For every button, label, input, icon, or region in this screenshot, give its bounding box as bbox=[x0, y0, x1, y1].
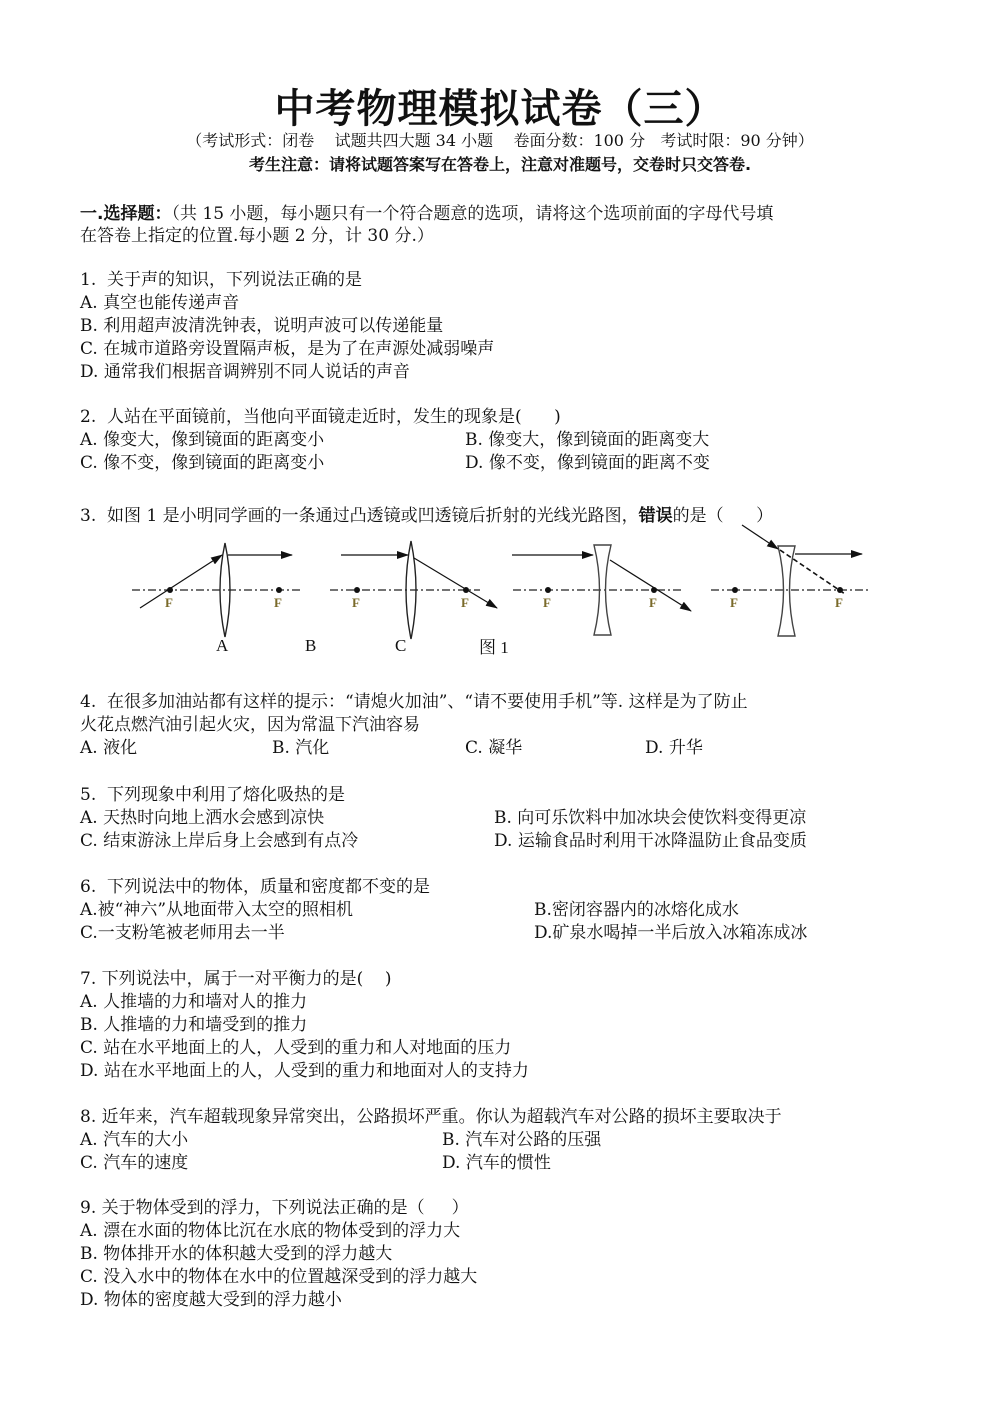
section-instructions-cont: 在答卷上指定的位置.每小题 2 分，计 30 分.） bbox=[80, 225, 434, 247]
option-c[interactable]: C. 在城市道路旁设置隔声板，是为了在声源处减弱噪声 bbox=[80, 338, 494, 360]
option-a[interactable]: A. 人推墙的力和墙对人的推力 bbox=[80, 991, 307, 1013]
option-b[interactable]: B. 向可乐饮料中加冰块会使饮料变得更凉 bbox=[494, 807, 806, 829]
question-stem: 9. 关于物体受到的浮力，下列说法正确的是（ ） bbox=[80, 1197, 469, 1219]
lens-diagram-figure: F F F F F F bbox=[0, 520, 1000, 665]
diagram-a-convex-lens: F F bbox=[132, 543, 300, 637]
option-d[interactable]: D. 通常我们根据音调辨别不同人说话的声音 bbox=[80, 361, 410, 383]
option-c[interactable]: C. 汽车的速度 bbox=[80, 1152, 188, 1174]
option-c[interactable]: C. 凝华 bbox=[465, 737, 522, 759]
option-c[interactable]: C. 像不变，像到镜面的距离变小 bbox=[80, 452, 324, 474]
exam-title: 中考物理模拟试卷（三） bbox=[0, 86, 1000, 132]
option-b[interactable]: B. 人推墙的力和墙受到的推力 bbox=[80, 1014, 307, 1036]
svg-text:F: F bbox=[543, 595, 551, 610]
option-b[interactable]: B.密闭容器内的冰熔化成水 bbox=[534, 899, 739, 921]
question-stem: 1. 关于声的知识，下列说法正确的是 bbox=[80, 269, 362, 291]
question-stem: 7. 下列说法中，属于一对平衡力的是( ) bbox=[80, 968, 392, 990]
option-a[interactable]: A. 像变大，像到镜面的距离变小 bbox=[80, 429, 324, 451]
option-c[interactable]: C. 结束游泳上岸后身上会感到有点冷 bbox=[80, 830, 358, 852]
option-a[interactable]: A. 液化 bbox=[80, 737, 137, 759]
section-heading: 一.选择题： bbox=[80, 204, 171, 224]
figure-caption: 图 1 bbox=[479, 638, 509, 657]
svg-text:F: F bbox=[835, 595, 843, 610]
option-d[interactable]: D. 物体的密度越大受到的浮力越小 bbox=[80, 1289, 342, 1311]
option-c[interactable]: C.一支粉笔被老师用去一半 bbox=[80, 922, 285, 944]
svg-text:F: F bbox=[730, 595, 738, 610]
option-a[interactable]: A. 汽车的大小 bbox=[80, 1129, 188, 1151]
label-a: A bbox=[216, 636, 229, 655]
svg-text:F: F bbox=[274, 595, 282, 610]
question-stem: 2. 人站在平面镜前，当他向平面镜走近时，发生的现象是( ) bbox=[80, 406, 561, 428]
svg-text:F: F bbox=[461, 595, 469, 610]
exam-info: （考试形式：闭卷 试题共四大题 34 小题 卷面分数：100 分 考试时限：90… bbox=[0, 131, 1000, 151]
svg-text:F: F bbox=[352, 595, 360, 610]
question-stem-cont: 火花点燃汽油引起火灾，因为常温下汽油容易 bbox=[80, 714, 420, 736]
option-a[interactable]: A. 真空也能传递声音 bbox=[80, 292, 239, 314]
diagram-c-concave-lens: F F bbox=[512, 545, 691, 635]
option-a[interactable]: A. 漂在水面的物体比沉在水底的物体受到的浮力大 bbox=[80, 1220, 460, 1242]
option-d[interactable]: D.矿泉水喝掉一半后放入冰箱冻成冰 bbox=[534, 922, 807, 944]
question-stem: 5. 下列现象中利用了熔化吸热的是 bbox=[80, 784, 345, 806]
option-b[interactable]: B. 利用超声波清洗钟表，说明声波可以传递能量 bbox=[80, 315, 443, 337]
option-c[interactable]: C. 没入水中的物体在水中的位置越深受到的浮力越大 bbox=[80, 1266, 477, 1288]
section-instructions: 一.选择题：（共 15 小题，每小题只有一个符合题意的选项，请将这个选项前面的字… bbox=[80, 203, 773, 225]
exam-notice: 考生注意：请将试题答案写在答卷上，注意对准题号，交卷时只交答卷. bbox=[0, 154, 1000, 176]
svg-text:F: F bbox=[649, 595, 657, 610]
option-a[interactable]: A. 天热时向地上洒水会感到凉快 bbox=[80, 807, 324, 829]
svg-text:F: F bbox=[165, 595, 173, 610]
option-b[interactable]: B. 汽化 bbox=[272, 737, 329, 759]
option-d[interactable]: D. 站在水平地面上的人，人受到的重力和地面对人的支持力 bbox=[80, 1060, 529, 1082]
option-c[interactable]: C. 站在水平地面上的人，人受到的重力和人对地面的压力 bbox=[80, 1037, 511, 1059]
option-b[interactable]: B. 像变大，像到镜面的距离变大 bbox=[465, 429, 709, 451]
question-stem: 6. 下列说法中的物体，质量和密度都不变的是 bbox=[80, 876, 430, 898]
option-d[interactable]: D. 像不变，像到镜面的距离不变 bbox=[465, 452, 710, 474]
option-b[interactable]: B. 物体排开水的体积越大受到的浮力越大 bbox=[80, 1243, 392, 1265]
diagram-d-concave-lens: F F bbox=[711, 525, 871, 636]
diagram-b-convex-lens: F F bbox=[330, 541, 497, 639]
option-d[interactable]: D. 升华 bbox=[645, 737, 703, 759]
question-stem: 4. 在很多加油站都有这样的提示：“请熄火加油”、“请不要使用手机”等. 这样是… bbox=[80, 691, 748, 713]
option-d[interactable]: D. 运输食品时利用干冰降温防止食品变质 bbox=[494, 830, 807, 852]
label-b: B bbox=[305, 636, 316, 655]
option-a[interactable]: A.被“神六”从地面带入太空的照相机 bbox=[80, 899, 353, 921]
label-c: C bbox=[395, 636, 406, 655]
question-stem: 8. 近年来，汽车超载现象异常突出，公路损坏严重。你认为超载汽车对公路的损坏主要… bbox=[80, 1106, 782, 1128]
option-b[interactable]: B. 汽车对公路的压强 bbox=[442, 1129, 601, 1151]
option-d[interactable]: D. 汽车的惯性 bbox=[442, 1152, 551, 1174]
